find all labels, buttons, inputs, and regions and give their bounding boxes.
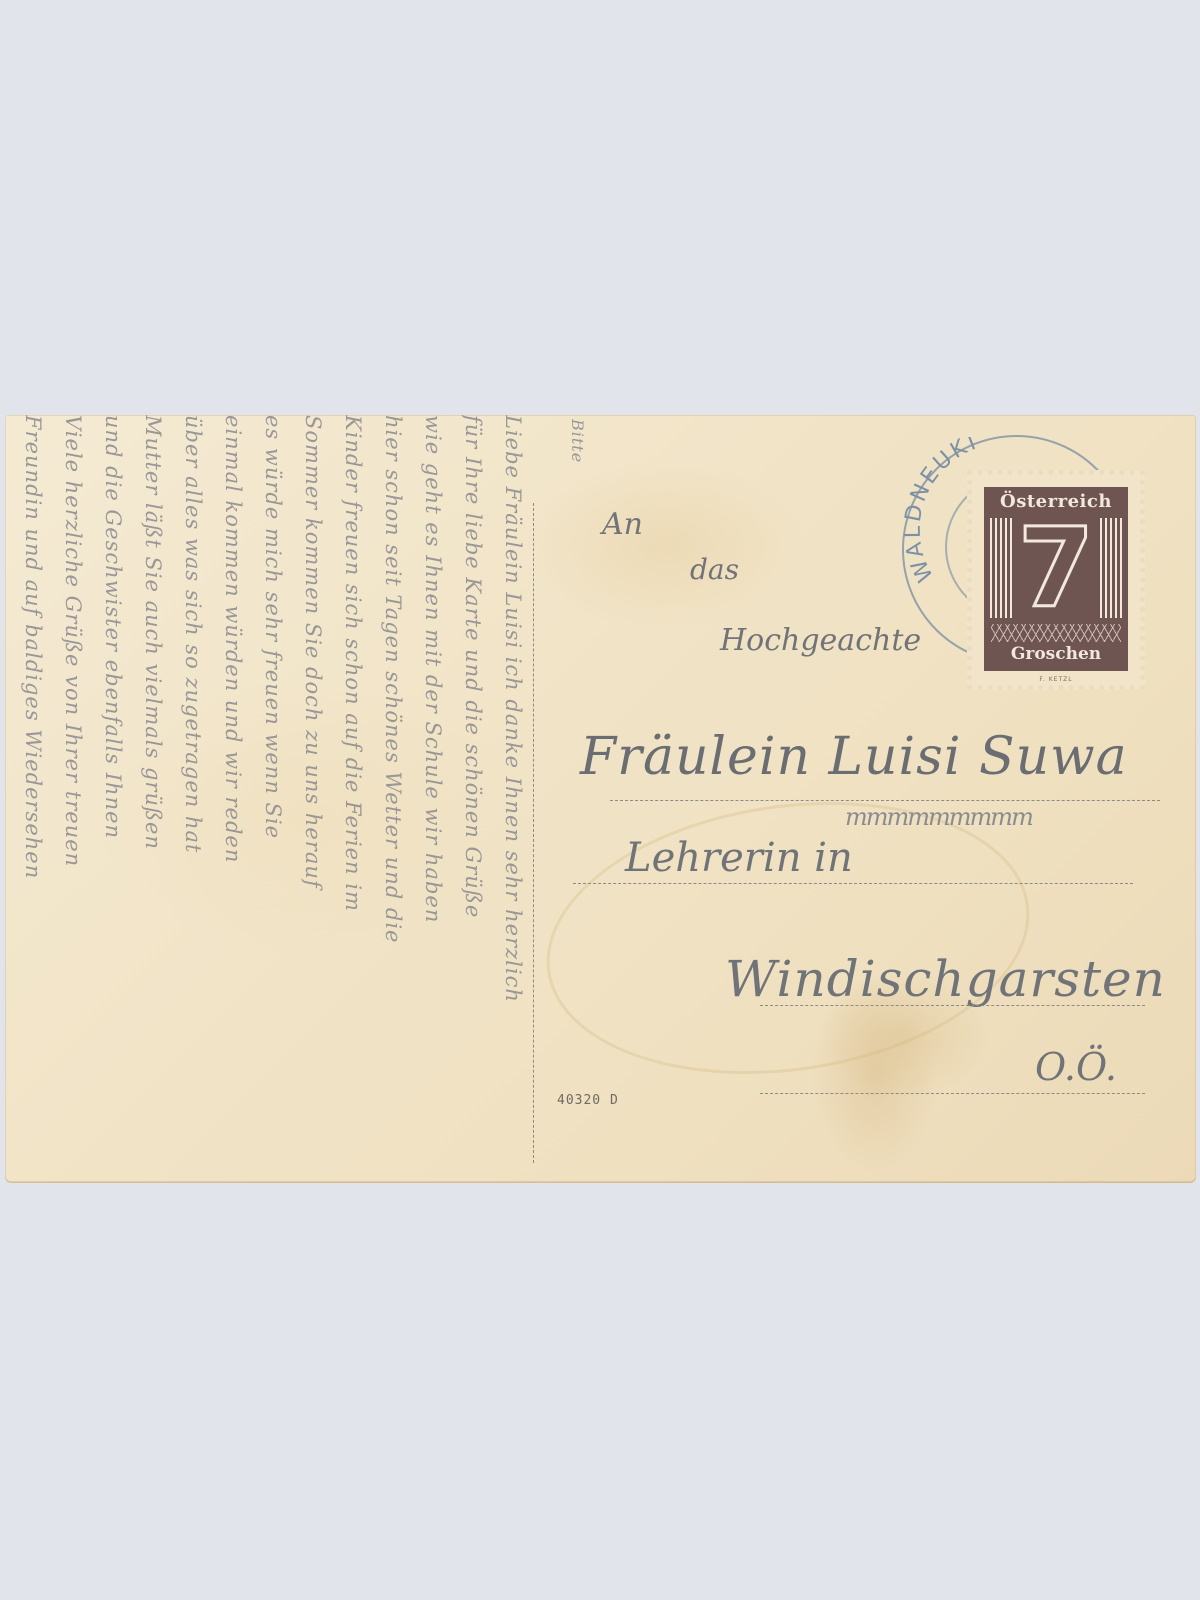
message-line: und die Geschwister ebenfalls Ihnen	[85, 415, 125, 1183]
address-line-2	[573, 883, 1133, 884]
message-line: einmal kommen würden und wir reden	[205, 415, 245, 1183]
message-line: Sommer kommen Sie doch zu uns herauf	[285, 415, 325, 1183]
message-line: Kinder freuen sich schon auf die Ferien …	[325, 415, 365, 1183]
stamp-face: Österreich 7 Groschen F. KETZL	[984, 487, 1128, 671]
message-line: es würde mich sehr freuen wenn Sie	[245, 415, 285, 1183]
stamp-value: 7	[1018, 513, 1095, 623]
message-line: Mutter läßt Sie auch vielmals grüßen	[125, 415, 165, 1183]
message-area: Bitte Liebe Fräulein Luisi ich danke Ihn…	[5, 415, 535, 1183]
message-line: Liebe Fräulein Luisi ich danke Ihnen seh…	[485, 415, 525, 1183]
stamp-currency: Groschen	[1011, 644, 1101, 664]
address-line-3	[760, 1005, 1145, 1006]
address-underline-squiggle: mmmmmmmmm	[845, 803, 1032, 831]
message-line: über alles was sich so zugetragen hat	[165, 415, 205, 1183]
address-article: das	[690, 553, 739, 586]
message-line: Viele herzliche Grüße von Ihrer treuen	[45, 415, 85, 1183]
message-line: hier schon seit Tagen schönes Wetter und…	[365, 415, 405, 1183]
address-line-4	[760, 1093, 1145, 1094]
stamp-stripes-right	[1100, 518, 1122, 618]
stamp-engraver: F. KETZL	[984, 676, 1128, 683]
stamp-stripes-left	[990, 518, 1012, 618]
corner-note: Bitte	[547, 419, 587, 509]
postage-stamp: Österreich 7 Groschen F. KETZL	[967, 470, 1145, 690]
address-region: O.Ö.	[1035, 1045, 1117, 1089]
message-line: für Ihre liebe Karte und die schönen Grü…	[445, 415, 485, 1183]
address-line-1	[610, 800, 1160, 801]
address-recipient: Fräulein Luisi Suwa	[580, 727, 1128, 787]
address-title: Lehrerin in	[625, 835, 853, 881]
stamp-value-panel: 7	[984, 512, 1128, 624]
postcard: Bitte Liebe Fräulein Luisi ich danke Ihn…	[5, 415, 1196, 1183]
address-salutation: An	[602, 507, 643, 542]
message-line: Freundin und auf baldiges Wiedersehen	[5, 415, 45, 1183]
address-honorific: Hochgeachte	[720, 623, 921, 658]
address-city: Windischgarsten	[725, 950, 1166, 1008]
center-divider	[533, 503, 534, 1163]
print-number: 40320 D	[557, 1093, 619, 1108]
message-line: wie geht es Ihnen mit der Schule wir hab…	[405, 415, 445, 1183]
stamp-ornament	[991, 624, 1121, 642]
